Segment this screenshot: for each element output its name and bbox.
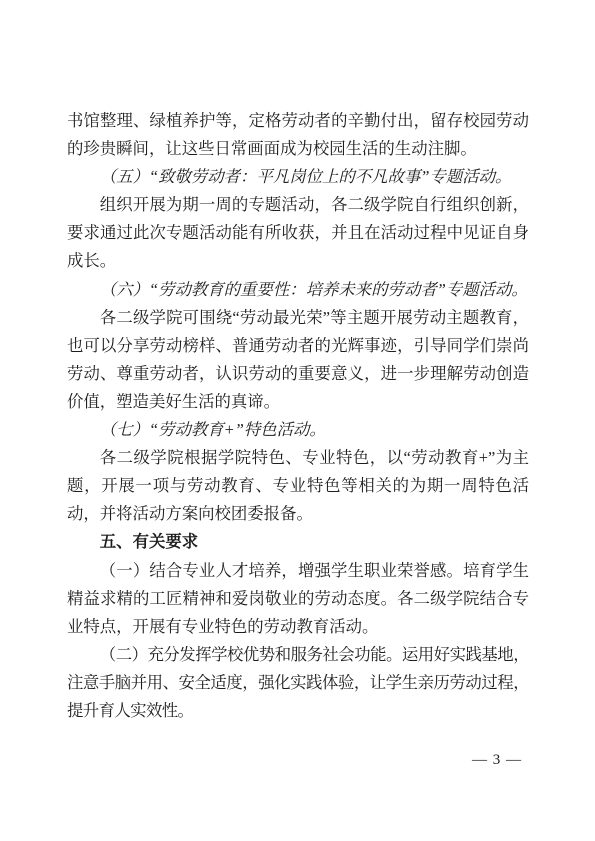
paragraph-campus-labor-moments: 书馆整理、绿植养护等，定格劳动者的辛勤付出，留存校园劳动的珍贵瞬间，让这些日常画… [67,107,529,163]
page-number: — 3 — [472,752,522,769]
section-heading-requirements: 五、有关要求 [67,528,529,556]
paragraph-activity-six-description: 各二级学院可围绕“劳动最光荣”等主题开展劳动主题教育，也可以分享劳动榜样、普通劳… [67,304,529,416]
paragraph-requirement-one: （一）结合专业人才培养，增强学生职业荣誉感。培育学生精益求精的工匠精神和爱岗敬业… [67,557,529,641]
document-text-block: 书馆整理、绿植养护等，定格劳动者的辛勤付出，留存校园劳动的珍贵瞬间，让这些日常画… [67,107,529,725]
heading-activity-seven: （七）“劳动教育+”特色活动。 [67,416,529,444]
paragraph-requirement-two: （二）充分发挥学校优势和服务社会功能。运用好实践基地，注意手脑并用、安全适度，强… [67,641,529,725]
paragraph-activity-five-description: 组织开展为期一周的专题活动，各二级学院自行组织创新，要求通过此次专题活动能有所收… [67,191,529,275]
paragraph-activity-seven-description: 各二级学院根据学院特色、专业特色，以“劳动教育+”为主题，开展一项与劳动教育、专… [67,444,529,528]
heading-activity-six: （六）“劳动教育的重要性：培养未来的劳动者”专题活动。 [67,276,529,304]
heading-activity-five: （五）“致敬劳动者：平凡岗位上的不凡故事”专题活动。 [67,163,529,191]
document-page: 书馆整理、绿植养护等，定格劳动者的辛勤付出，留存校园劳动的珍贵瞬间，让这些日常画… [0,0,595,841]
